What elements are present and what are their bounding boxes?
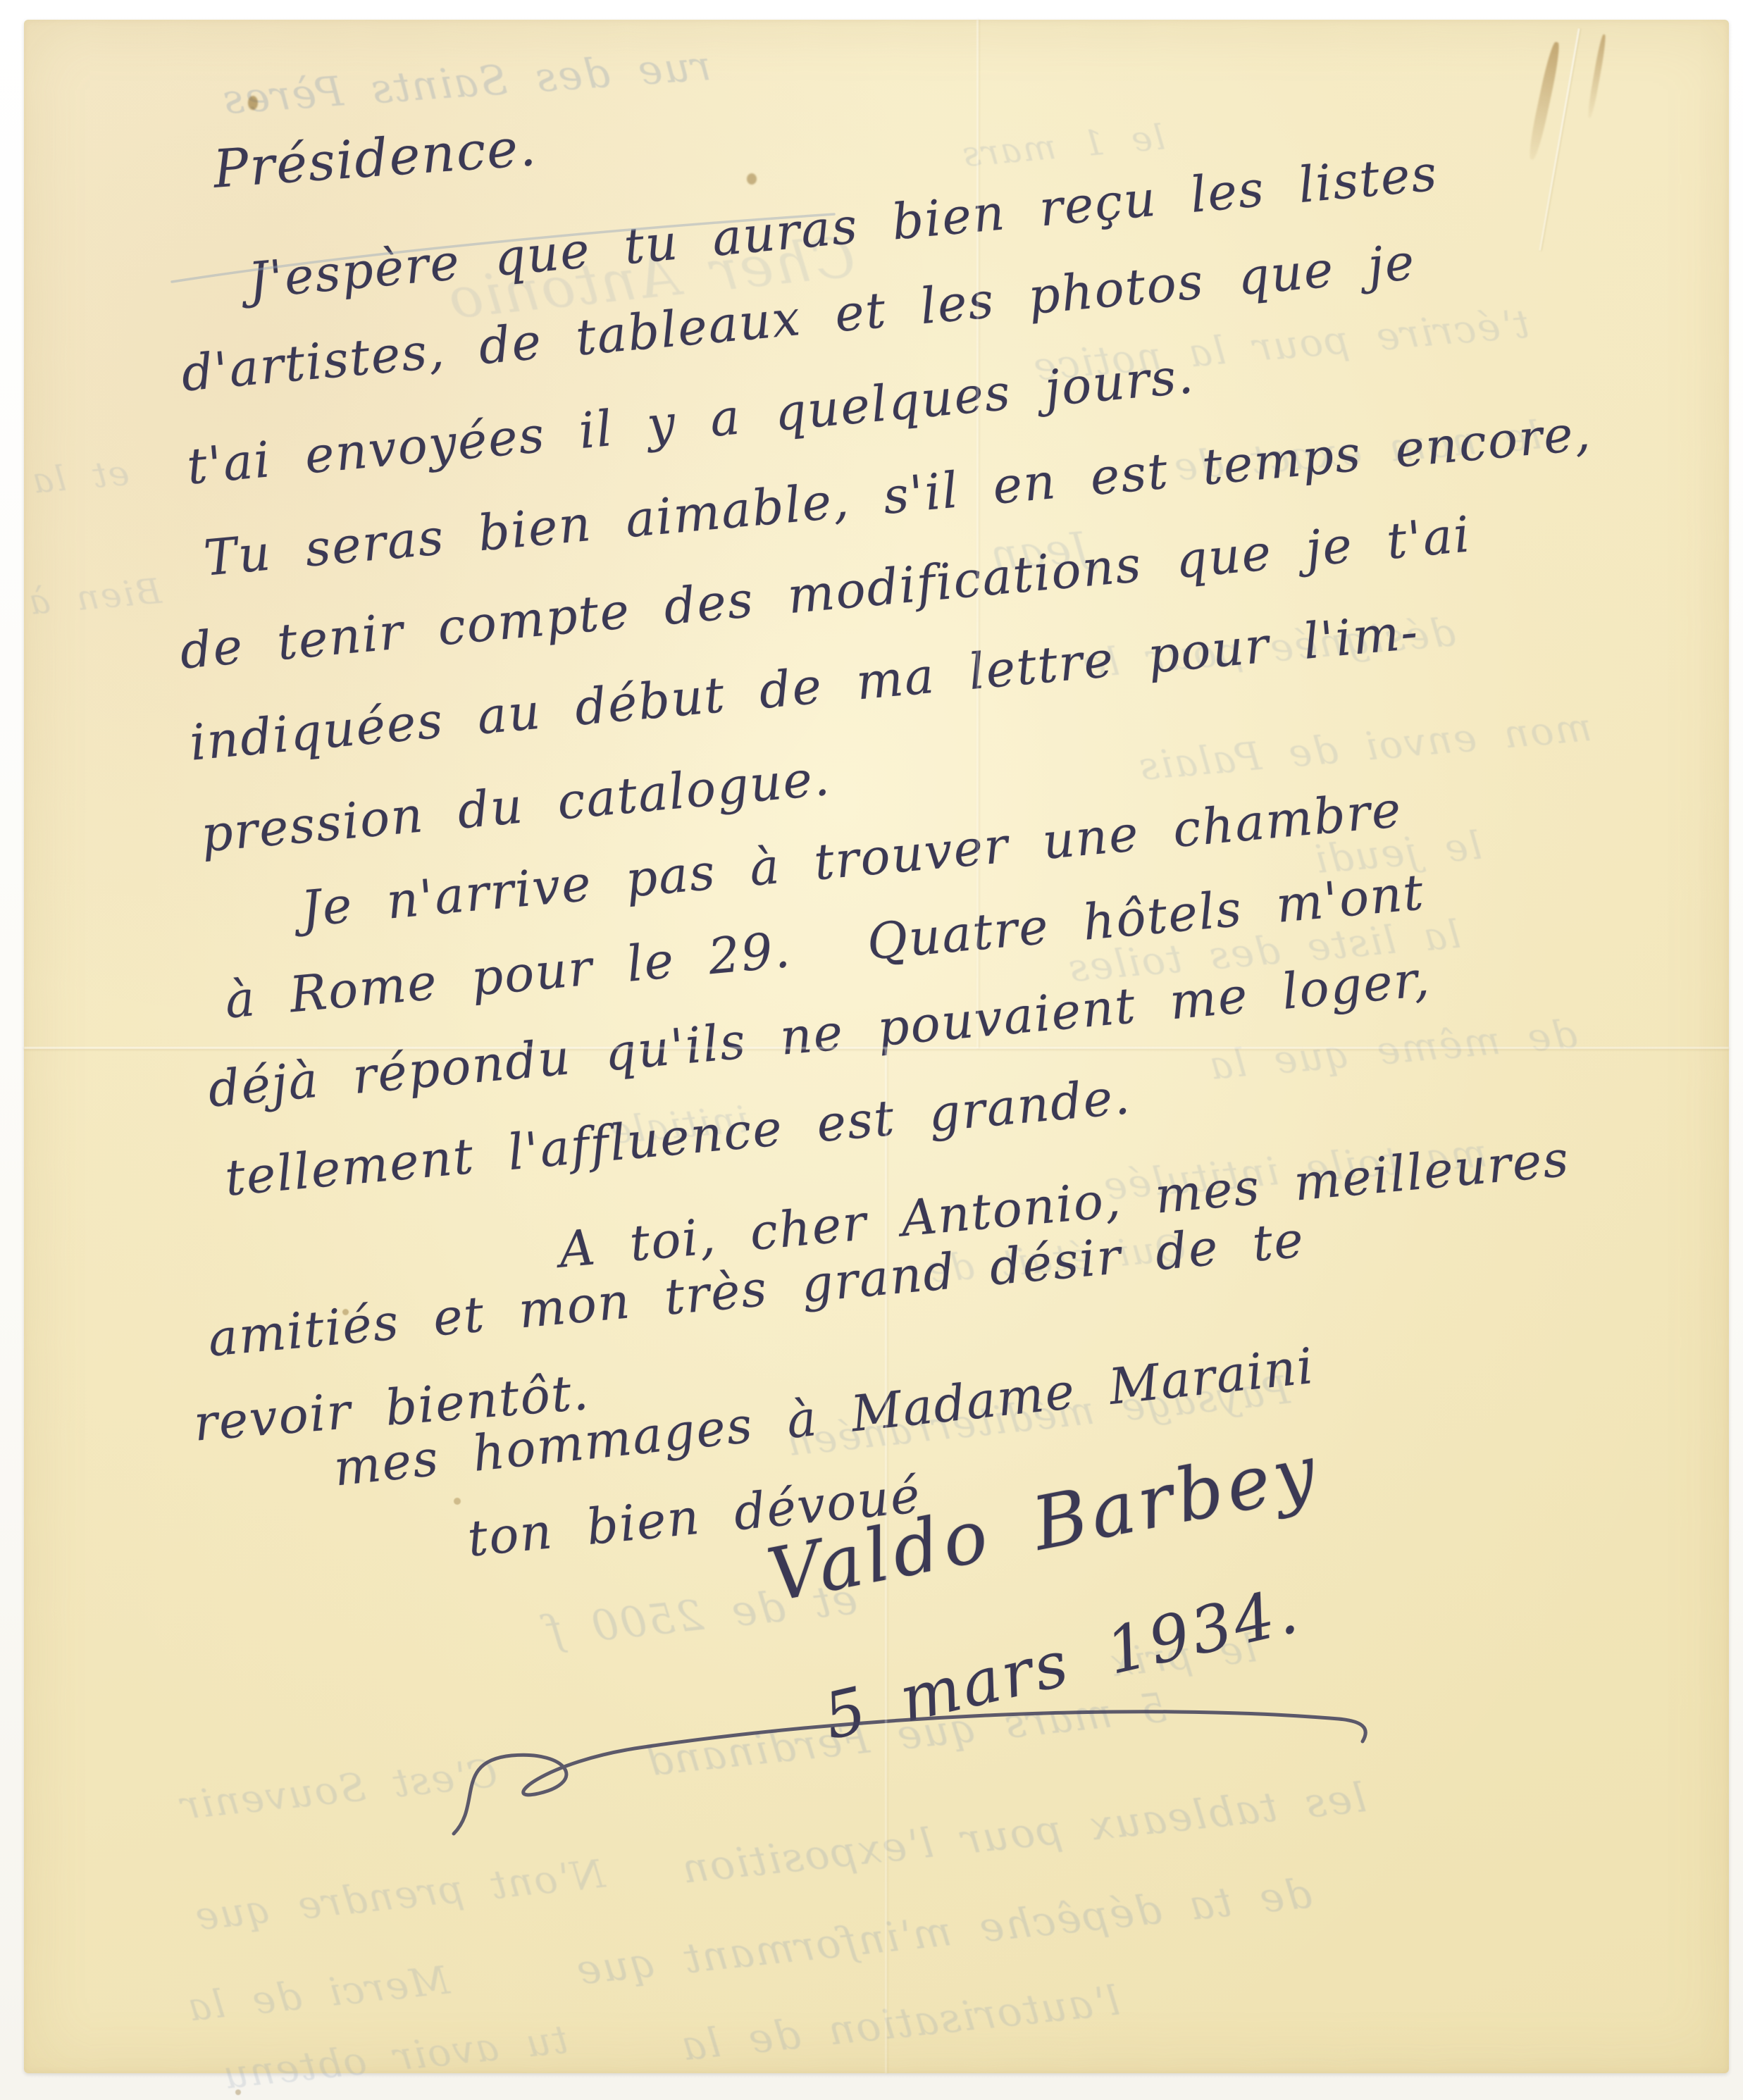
bleed-through-text: Bien à [26, 571, 163, 623]
stain [454, 1498, 461, 1505]
bleed-through-text: C'est Souvenir [178, 1751, 500, 1829]
bleed-through-text: le 1 mars [960, 116, 1167, 175]
bleed-through-text: N'ont prendre que [192, 1851, 607, 1939]
bleed-through-text: mon envoi de Palais [1136, 704, 1593, 789]
scanned-letter-page: { "document_type": "handwritten-letter-s… [0, 0, 1743, 2100]
fold-crease-vertical-top [976, 20, 979, 1048]
letter-paper: rue des Saints Pères le 1 mars Cher Anto… [24, 20, 1729, 2073]
bleed-through-text: Merci de la [185, 1958, 452, 2030]
bleed-through-text: et la [30, 452, 131, 502]
letter-heading: Présidence. [211, 117, 539, 200]
corner-crease-diagonal [1539, 28, 1580, 251]
bleed-through-text: l'autorisation de la [678, 1976, 1122, 2070]
stain [1587, 34, 1608, 118]
bleed-through-text: rue des Saints Pères [220, 42, 712, 123]
stain [747, 173, 757, 185]
stain [1527, 41, 1563, 161]
